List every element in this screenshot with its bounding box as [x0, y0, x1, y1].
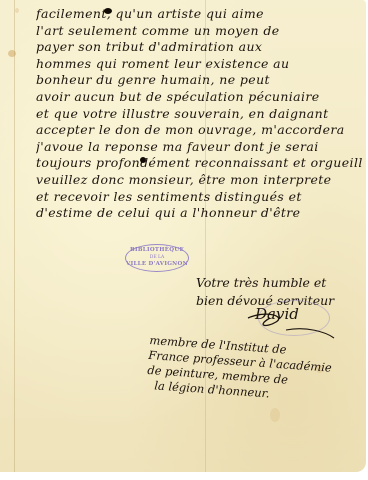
ink-blot — [140, 157, 146, 163]
stamp-line-1: BIBLIOTHÈQUE — [126, 247, 188, 254]
body-line: accepter le don de mon ouvrage, m'accord… — [36, 122, 362, 139]
letter-page: facilement, qu'un artiste qui aime l'art… — [0, 0, 366, 472]
paper-stain — [15, 8, 19, 13]
closing-line-1: Votre très humble et — [196, 274, 334, 292]
body-line: bonheur du genre humain, ne peut — [36, 72, 362, 89]
body-line: d'estime de celui qui a l'honneur d'être — [36, 205, 362, 222]
signatory-titles: membre de l'Institut de France professeu… — [146, 333, 333, 406]
body-line: payer son tribut d'admiration aux — [36, 39, 362, 56]
body-line: toujours profondément reconnaissant et o… — [36, 155, 362, 172]
body-line: hommes qui roment leur existence au — [36, 56, 362, 73]
body-line: et recevoir les sentiments distingués et — [36, 189, 362, 206]
stamp-line-2: DE LA — [126, 254, 188, 261]
paper-stain — [8, 50, 16, 57]
letter-body: facilement, qu'un artiste qui aime l'art… — [36, 6, 362, 222]
body-line: facilement, qu'un artiste qui aime — [36, 6, 362, 23]
paper-fold-left — [14, 0, 15, 472]
body-line: veuillez donc monsieur, être mon interpr… — [36, 172, 362, 189]
library-stamp: BIBLIOTHÈQUE DE LA VILLE D'AVIGNON — [125, 244, 189, 272]
signature: David — [255, 305, 299, 323]
body-line: l'art seulement comme un moyen de — [36, 23, 362, 40]
body-line: avoir aucun but de spéculation pécuniair… — [36, 89, 362, 106]
stamp-line-3: VILLE D'AVIGNON — [126, 261, 188, 268]
body-line: et que votre illustre souverain, en daig… — [36, 106, 362, 123]
body-line: j'avoue la reponse ma faveur dont je ser… — [36, 139, 362, 156]
ink-blot — [104, 8, 112, 14]
paper-stain — [270, 408, 280, 422]
